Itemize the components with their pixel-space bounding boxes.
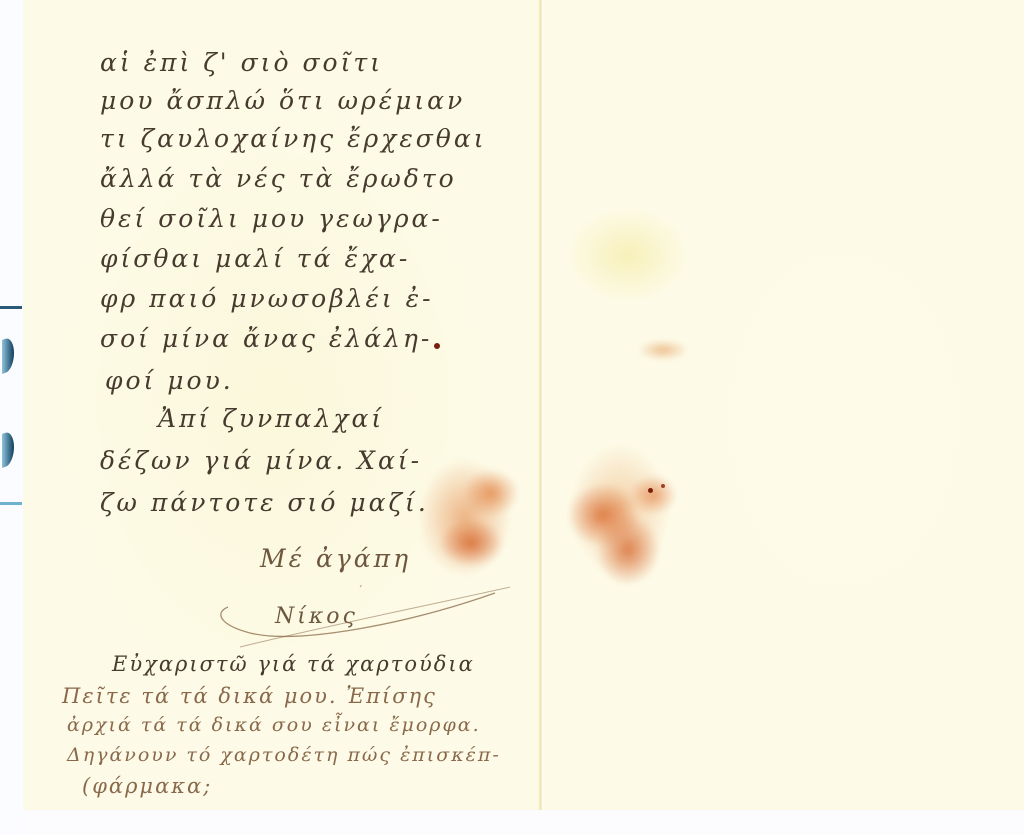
scanner-edge-line <box>0 306 22 309</box>
stain-dot <box>648 488 653 493</box>
letter-line: ζω πάντοτε σιό μαζί. <box>100 488 429 517</box>
letter-line: ἄλλά τὰ νές τὰ ἔρωδτο <box>100 164 457 193</box>
rust-stain-right <box>558 425 683 585</box>
postscript-line: (φάρμακα; <box>82 774 212 798</box>
letter-line: δέζων γιά μίνα. Χαί- <box>100 446 422 475</box>
letter-line: σοί μίνα ἄνας ἐλάλη- <box>100 324 432 353</box>
paper-fold-crease <box>538 0 544 810</box>
postscript-line: ἀρχιά τά τά δικά σου εἶναι ἔμορφα. <box>67 714 481 736</box>
rust-stain-small <box>628 335 698 365</box>
letter-line: τι ζαυλοχαίνης ἔρχεσθαι <box>100 124 487 153</box>
letter-line: Ἀπί ζυνπαλχαί <box>158 404 384 433</box>
scanner-edge-mark-icon <box>2 336 14 374</box>
scanner-edge-mark-icon <box>2 430 14 468</box>
letter-line: αἱ ἐπὶ ζ' σιὸ σοῖτι <box>100 48 383 77</box>
stain-dot <box>434 343 440 349</box>
scanner-edge-strip <box>0 0 23 834</box>
letter-line: μου ἄσπλώ ὅτι ωρέμιαν <box>100 86 465 115</box>
stain-dot <box>661 484 665 488</box>
letter-line: φοί μου. <box>105 366 234 395</box>
scanner-edge-line <box>0 502 22 505</box>
document-scan: αἱ ἐπὶ ζ' σιὸ σοῖτι μου ἄσπλώ ὅτι ωρέμια… <box>0 0 1024 834</box>
postscript-line: Πεῖτε τά τά δικά μου. Ἐπίσης <box>62 684 437 708</box>
postscript-line: Δηγάνουν τό χαρτοδέτη πώς ἐπισκέπ- <box>67 744 501 766</box>
letter-line: φίσθαι μαλί τά ἔχα- <box>100 244 410 273</box>
letter-line: θεί σοῖλι μου γεωγρα- <box>100 204 443 233</box>
letter-line: φρ παιό μνωσοβλέι ἐ- <box>100 284 434 313</box>
postscript-line: Εὐχαριστῶ γιά τά χαρτούδια <box>112 652 475 676</box>
letter-closing: Μέ ἀγάπη <box>260 544 411 573</box>
signature-flourish-icon <box>210 585 510 655</box>
